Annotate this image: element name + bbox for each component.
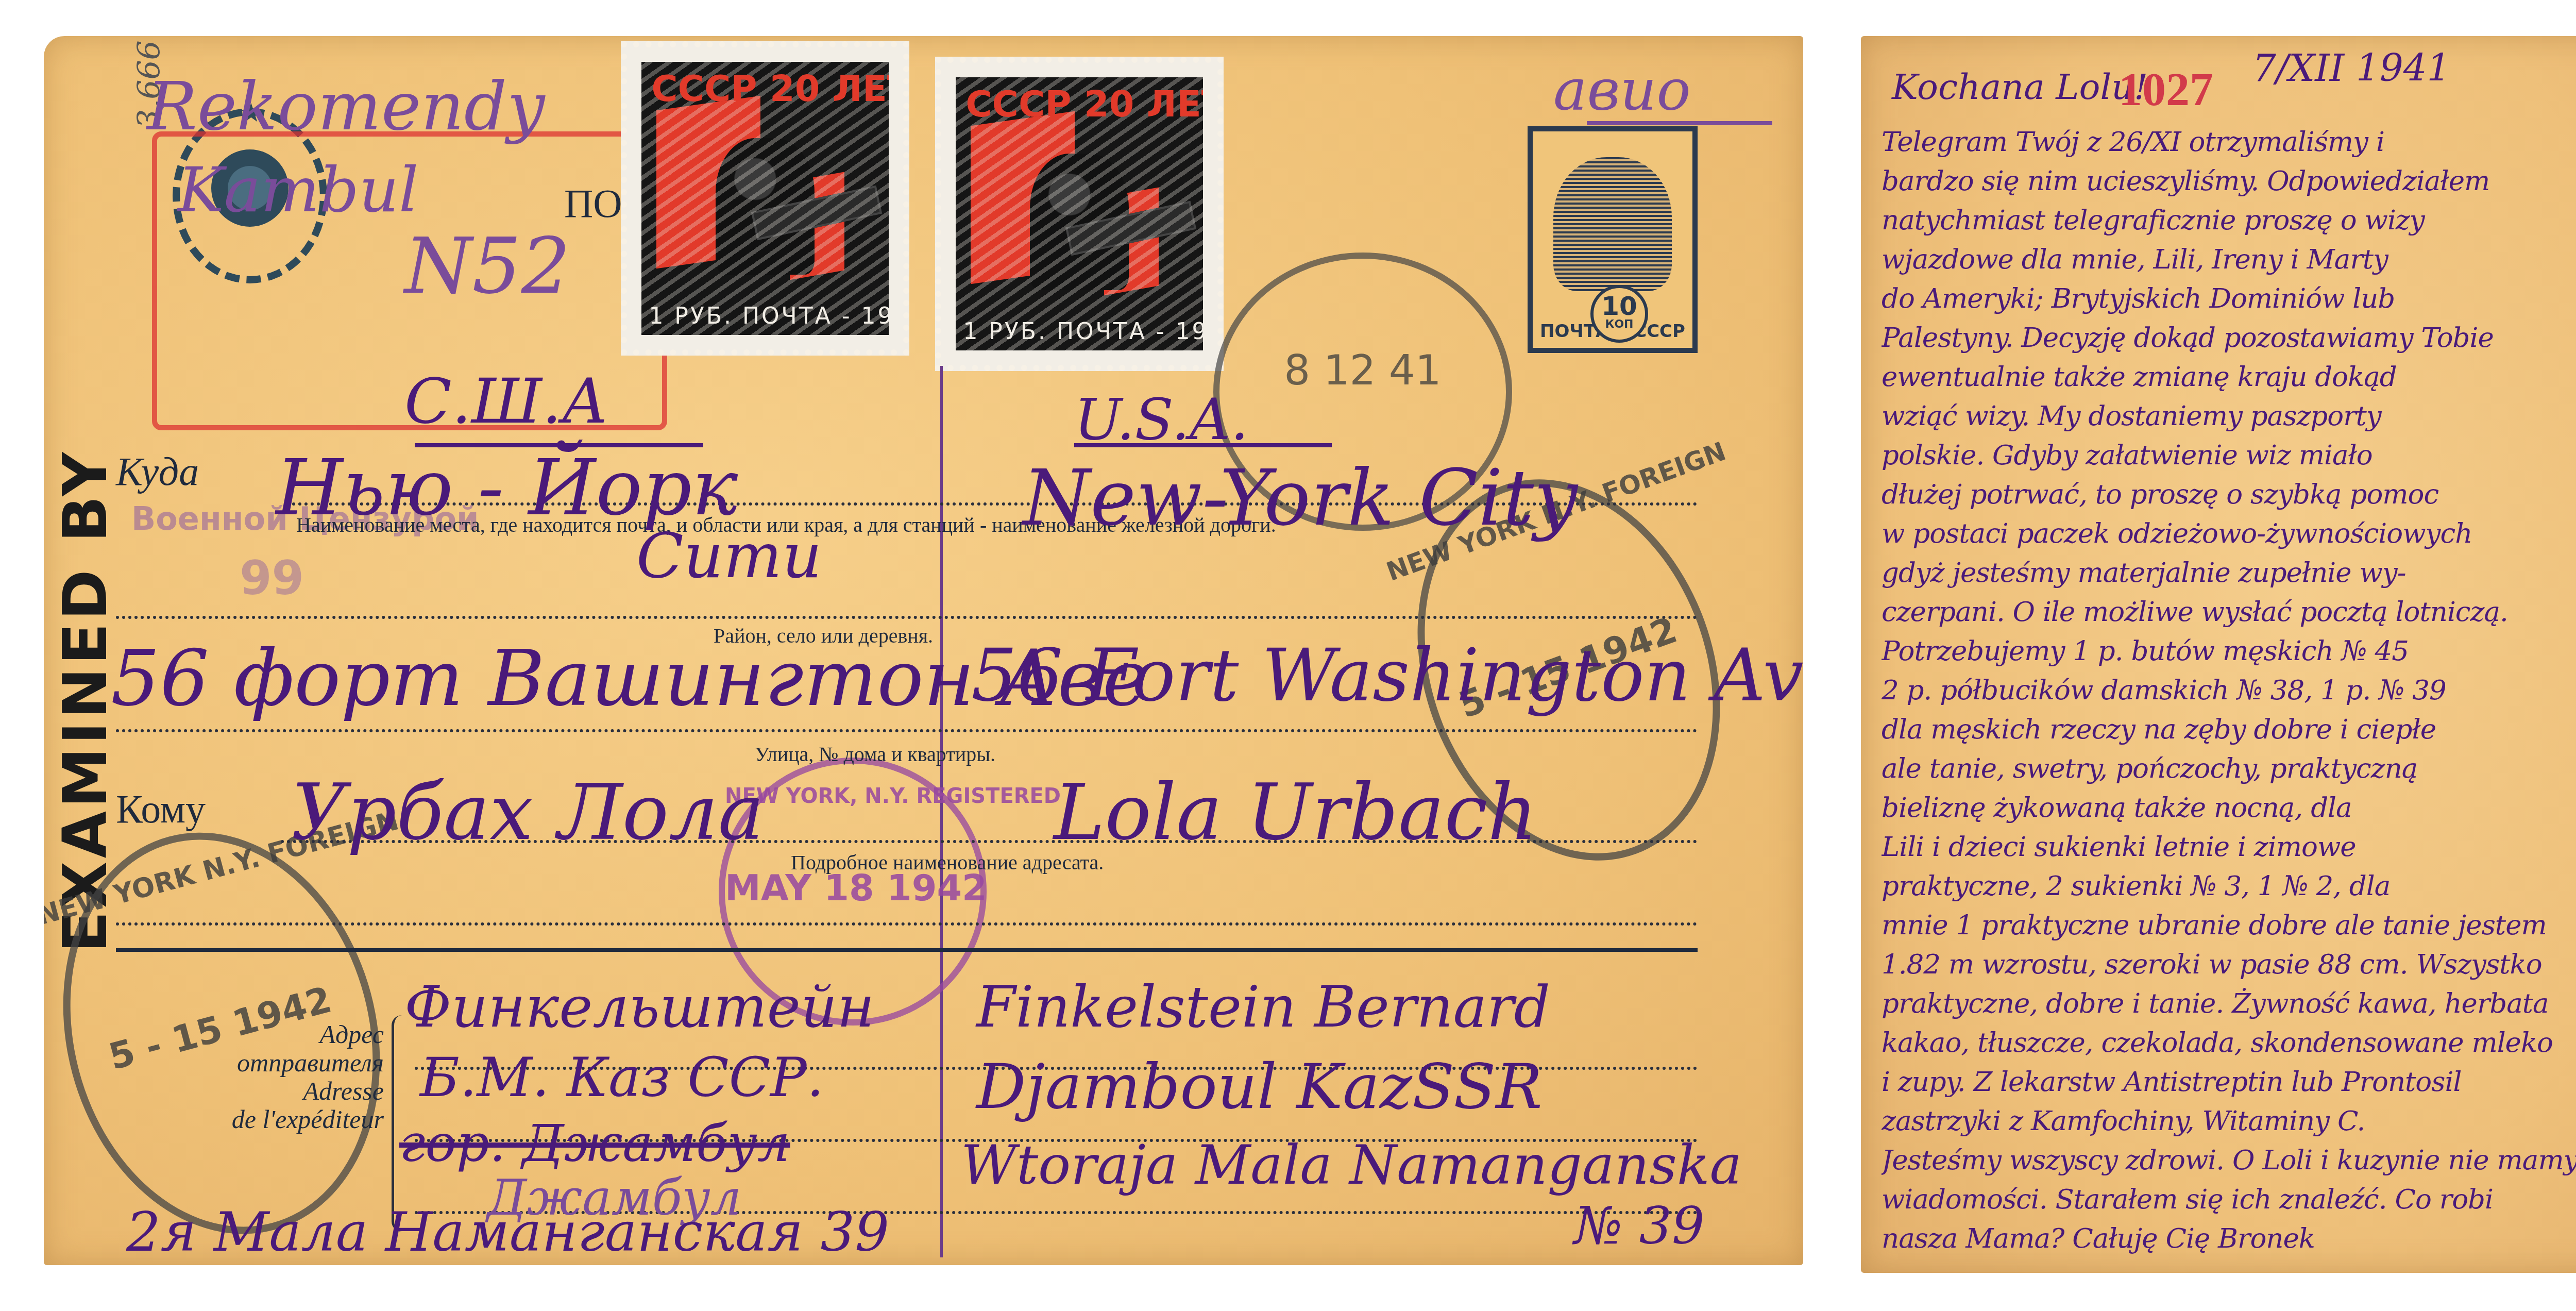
sender-region-ru: Б.М. Каз ССР. [420, 1046, 824, 1109]
worker-portrait-icon [1553, 157, 1672, 291]
dotted-line [116, 729, 1698, 732]
kuda-label: Куда [116, 448, 199, 495]
letter-date: 7/XII 1941 [2252, 46, 2450, 90]
letter-line: i zupy. Z lekarstw Antistreptin lub Pron… [1882, 1066, 2576, 1098]
letter-line: w postaci paczek odzieżowo-żywnościowych [1882, 518, 2576, 549]
letter-line: dłużej potrwać, to proszę o szybką pomoc [1882, 479, 2576, 510]
letter-line: polskie. Gdyby załatwienie wiz miało [1882, 440, 2576, 471]
letter-line: ewentualnie także zmianę kraju dokąd [1882, 361, 2576, 393]
manuscript-rekomendy: Rekomendy [147, 67, 545, 145]
letter-line: bieliznę żykowaną także nocną, dla [1882, 792, 2576, 823]
sender-house-en: № 39 [1574, 1196, 1705, 1256]
sender-street-ru: 2я Мала Наманганская 39 [126, 1201, 889, 1264]
dotted-line [116, 922, 1698, 926]
letter-line: natychmiast telegraficznie proszę o wizy [1882, 205, 2576, 236]
dotted-line [116, 616, 1698, 619]
sender-name-ru: Финкельштейн [404, 974, 874, 1040]
imprinted-stamp-10-kop: ПОЧТА СССР 10КОП [1528, 126, 1698, 353]
letter-line: Lili i dzieci sukienki letnie i zimowe [1882, 831, 2576, 863]
letter-line: wiadomości. Starałem się ich znaleźć. Co… [1882, 1184, 2576, 1215]
manuscript-kambul: Kambul [178, 155, 418, 226]
recipient-country-ru: С.Ш.А [404, 366, 608, 438]
letter-line: zastrzyki z Kamfochiny, Witaminy C. [1882, 1105, 2576, 1137]
stamp-rkka-2: СССР 20 ЛЕТ РККА 1 РУБ. ПОЧТА - 1918·193… [935, 57, 1224, 371]
letter-line: kakao, tłuszcze, czekolada, skondensowan… [1882, 1027, 2576, 1058]
sender-name-en: Finkelstein Bernard [976, 974, 1550, 1040]
recipient-city-en: New-York City [1023, 453, 1578, 543]
letter-line: 2 p. półbucików damskich № 38, 1 p. № 39 [1882, 675, 2576, 706]
recipient-country-en: U.S.A. [1074, 386, 1248, 452]
letter-greeting: Kochana Lolu! [1892, 67, 2148, 108]
letter-number-stamp: 1027 [2119, 62, 2213, 116]
street-caption: Улица, № дома и квартиры. [755, 742, 995, 766]
sender-street-en: Wtoraja Mala Namanganska [961, 1134, 1742, 1197]
letter-line: mnie 1 praktyczne ubranie dobre ale tani… [1882, 910, 2576, 941]
letter-line: 1.82 m wzrostu, szeroki w pasie 88 cm. W… [1882, 949, 2576, 980]
recipient-street-en: 56 Fort Washington Ave [971, 634, 1803, 718]
sender-separator [116, 948, 1698, 952]
letter-line: praktyczne, dobre i tanie. Żywność kawa,… [1882, 988, 2576, 1019]
letter-line: bardzo się nim ucieszyliśmy. Odpowiedzia… [1882, 165, 2576, 197]
letter-line: Palestyny. Decyzję dokąd pozostawiamy To… [1882, 322, 2576, 354]
letter-line: do Ameryki; Brytyjskich Dominiów lub [1882, 283, 2576, 314]
letter-line: gdyż jesteśmy materjalnie zupełnie wy- [1882, 557, 2576, 589]
country-underline-en [1074, 443, 1332, 447]
letter-line: dla męskich rzeczy na zęby dobre i ciepł… [1882, 714, 2576, 745]
manuscript-avio: авио [1553, 57, 1691, 123]
recipient-name-ru: Урбах Лола [291, 768, 764, 858]
letter-line: czerpani. O ile możliwe wysłać pocztą lo… [1882, 596, 2576, 628]
letter-line: ale tanie, swetry, pończochy, praktyczną [1882, 753, 2576, 784]
stamp-rkka-1: СССР 20 ЛЕТ РККА 1 РУБ. ПОЧТА - 1918·193… [621, 41, 909, 356]
postcard-back: Kochana Lolu! 1027 7/XII 1941 3 wrzesnia… [1861, 36, 2576, 1273]
sender-city-en: Djamboul KazSSR [976, 1051, 1543, 1123]
letter-line: wjazdowe dla mnie, Lili, Ireny i Marty [1882, 244, 2576, 275]
letter-line: nasza Mama? Całuję Cię Bronek [1882, 1223, 2576, 1254]
recipient-city-ru: Нью - Йорк [276, 443, 738, 533]
letter-line: wziąć wizy. My dostaniemy paszporty [1882, 400, 2576, 432]
komu-label: Кому [116, 786, 206, 832]
avio-underline [1587, 121, 1772, 125]
recipient-city-ru-2: Сити [636, 520, 822, 592]
letter-line: Jesteśmy wszyscy zdrowi. O Loli i kuzyni… [1882, 1145, 2576, 1176]
printed-heading-fragment: ПО [564, 180, 622, 227]
letter-line: praktyczne, 2 sukienki № 3, 1 № 2, dla [1882, 870, 2576, 902]
sender-city-ru: гор. Джамбул [399, 1113, 790, 1173]
letter-line: Potrzebujemy 1 p. butów męskich № 45 [1882, 635, 2576, 667]
military-censor-number: 99 [240, 551, 304, 606]
manuscript-registration-number: N52 [404, 222, 570, 311]
sender-caption: Адрес отправителя Adresse de l'expéditeu… [198, 1020, 384, 1134]
letter-line: Telegram Twój z 26/XI otrzymaliśmy i [1882, 126, 2576, 158]
recipient-name-en: Lola Urbach [1054, 768, 1537, 858]
postcard-front: EXAMINED BY 3,666 ★ Rekomendy Kambul N52… [44, 36, 1803, 1265]
